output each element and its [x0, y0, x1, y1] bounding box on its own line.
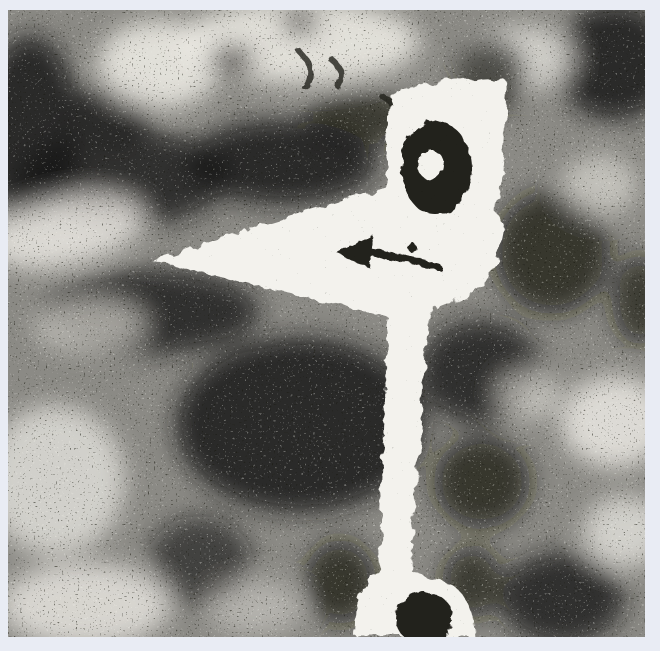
photo-canvas — [0, 0, 660, 651]
halftone-grain-overlay — [8, 10, 645, 637]
page — [0, 0, 660, 651]
photo-area — [0, 0, 660, 647]
halftone-photograph — [0, 0, 660, 651]
